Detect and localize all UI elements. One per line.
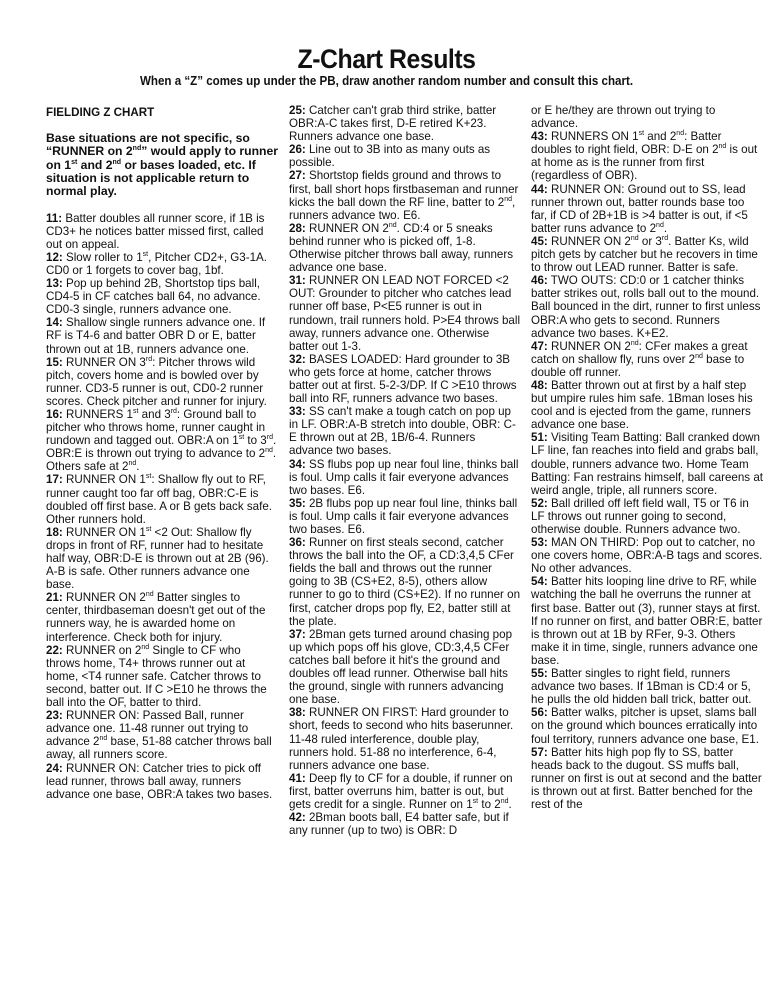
chart-entry: 45: RUNNER ON 2nd or 3rd. Batter Ks, wil… bbox=[531, 235, 763, 274]
entry-number: 41: bbox=[289, 772, 306, 785]
chart-entry: 43: RUNNERS ON 1st and 2nd: Batter doubl… bbox=[531, 130, 763, 182]
entry-number: 14: bbox=[46, 316, 63, 329]
chart-entry: 34: SS flubs pop up near foul line, thin… bbox=[289, 458, 521, 497]
entry-number: 45: bbox=[531, 235, 548, 248]
entry-number: 44: bbox=[531, 183, 548, 196]
entry-text: Line out to 3B into as many outs as poss… bbox=[289, 143, 490, 169]
entry-text: SS can't make a tough catch on pop up in… bbox=[289, 405, 516, 457]
chart-entry: 33: SS can't make a tough catch on pop u… bbox=[289, 405, 521, 457]
entry-text: or E he/they are thrown out trying to ad… bbox=[531, 104, 715, 130]
chart-entry: 53: MAN ON THIRD: Pop out to catcher, no… bbox=[531, 536, 763, 575]
chart-entry: 46: TWO OUTS: CD:0 or 1 catcher thinks b… bbox=[531, 274, 763, 339]
chart-entry: 11: Batter doubles all runner score, if … bbox=[46, 212, 278, 251]
entry-text: BASES LOADED: Hard grounder to 3B who ge… bbox=[289, 353, 517, 405]
chart-entry: 14: Shallow single runners advance one. … bbox=[46, 316, 278, 355]
entry-text: Deep fly to CF for a double, if runner o… bbox=[289, 772, 513, 811]
entry-number: 37: bbox=[289, 628, 306, 641]
entry-number: 27: bbox=[289, 169, 306, 182]
entry-list: or E he/they are thrown out trying to ad… bbox=[531, 104, 763, 811]
entry-text: RUNNER ON LEAD NOT FORCED <2 OUT: Ground… bbox=[289, 274, 520, 352]
chart-entry: 44: RUNNER ON: Ground out to SS, lead ru… bbox=[531, 183, 763, 235]
entry-number: 13: bbox=[46, 277, 63, 290]
chart-entry: 27: Shortstop fields ground and throws t… bbox=[289, 169, 521, 221]
chart-entry: 56: Batter walks, pitcher is upset, slam… bbox=[531, 706, 763, 745]
entry-text: RUNNERS 1st and 3rd: Ground ball to pitc… bbox=[46, 408, 276, 473]
chart-entry: 13: Pop up behind 2B, Shortstop tips bal… bbox=[46, 277, 278, 316]
entry-text: Batter doubles all runner score, if 1B i… bbox=[46, 212, 264, 251]
entry-list: 11: Batter doubles all runner score, if … bbox=[46, 212, 278, 801]
entry-text: Batter singles to right field, runners a… bbox=[531, 667, 751, 706]
column-right: or E he/they are thrown out trying to ad… bbox=[531, 104, 763, 811]
chart-entry: 22: RUNNER on 2nd Single to CF who throw… bbox=[46, 644, 278, 709]
entry-number: 52: bbox=[531, 497, 548, 510]
entry-text: RUNNERS ON 1st and 2nd: Batter doubles t… bbox=[531, 130, 757, 182]
chart-entry: 21: RUNNER ON 2nd Batter singles to cent… bbox=[46, 591, 278, 643]
entry-number: 34: bbox=[289, 458, 306, 471]
entry-number: 28: bbox=[289, 222, 306, 235]
entry-number: 24: bbox=[46, 762, 63, 775]
entry-text: 2Bman boots ball, E4 batter safe, but if… bbox=[289, 811, 509, 837]
chart-entry: 52: Ball drilled off left field wall, T5… bbox=[531, 497, 763, 536]
entry-text: RUNNER ON 2nd or 3rd. Batter Ks, wild pi… bbox=[531, 235, 758, 274]
entry-text: RUNNER ON 1st: Shallow fly out to RF, ru… bbox=[46, 473, 272, 525]
entry-text: MAN ON THIRD: Pop out to catcher, no one… bbox=[531, 536, 762, 575]
entry-text: RUNNER ON 2nd. CD:4 or 5 sneaks behind r… bbox=[289, 222, 513, 274]
chart-entry: 38: RUNNER ON FIRST: Hard grounder to sh… bbox=[289, 706, 521, 771]
entry-number: 31: bbox=[289, 274, 306, 287]
entry-number: 35: bbox=[289, 497, 306, 510]
chart-entry: 28: RUNNER ON 2nd. CD:4 or 5 sneaks behi… bbox=[289, 222, 521, 274]
entry-text: Batter hits high pop fly to SS, batter h… bbox=[531, 746, 762, 811]
chart-entry: or E he/they are thrown out trying to ad… bbox=[531, 104, 763, 130]
chart-entry: 37: 2Bman gets turned around chasing pop… bbox=[289, 628, 521, 707]
chart-entry: 26: Line out to 3B into as many outs as … bbox=[289, 143, 521, 169]
entry-number: 18: bbox=[46, 526, 63, 539]
entry-number: 42: bbox=[289, 811, 306, 824]
entry-text: RUNNER ON 2nd: CFer makes a great catch … bbox=[531, 340, 748, 379]
column-middle: 25: Catcher can't grab third strike, bat… bbox=[289, 104, 521, 837]
entry-number: 57: bbox=[531, 746, 548, 759]
chart-entry: 15: RUNNER ON 3rd: Pitcher throws wild p… bbox=[46, 356, 278, 408]
section-title: FIELDING Z CHART bbox=[46, 106, 278, 119]
chart-entry: 17: RUNNER ON 1st: Shallow fly out to RF… bbox=[46, 473, 278, 525]
entry-number: 15: bbox=[46, 356, 63, 369]
entry-number: 25: bbox=[289, 104, 306, 117]
chart-entry: 48: Batter thrown out at first by a half… bbox=[531, 379, 763, 431]
chart-entry: 18: RUNNER ON 1st <2 Out: Shallow fly dr… bbox=[46, 526, 278, 591]
entry-text: Visiting Team Batting: Ball cranked down… bbox=[531, 431, 763, 496]
entry-text: Batter walks, pitcher is upset, slams ba… bbox=[531, 706, 759, 745]
chart-entry: 35: 2B flubs pop up near foul line, thin… bbox=[289, 497, 521, 536]
entry-number: 17: bbox=[46, 473, 63, 486]
entry-number: 48: bbox=[531, 379, 548, 392]
entry-number: 38: bbox=[289, 706, 306, 719]
chart-entry: 31: RUNNER ON LEAD NOT FORCED <2 OUT: Gr… bbox=[289, 274, 521, 353]
entry-text: Catcher can't grab third strike, batter … bbox=[289, 104, 496, 143]
chart-entry: 57: Batter hits high pop fly to SS, batt… bbox=[531, 746, 763, 811]
chart-entry: 25: Catcher can't grab third strike, bat… bbox=[289, 104, 521, 143]
chart-entry: 41: Deep fly to CF for a double, if runn… bbox=[289, 772, 521, 811]
entry-number: 11: bbox=[46, 212, 62, 225]
page-subtitle: When a “Z” comes up under the PB, draw a… bbox=[31, 74, 742, 89]
chart-entry: 23: RUNNER ON: Passed Ball, runner advan… bbox=[46, 709, 278, 761]
chart-entry: 47: RUNNER ON 2nd: CFer makes a great ca… bbox=[531, 340, 763, 379]
entry-number: 32: bbox=[289, 353, 306, 366]
chart-entry: 42: 2Bman boots ball, E4 batter safe, bu… bbox=[289, 811, 521, 837]
entry-text: SS flubs pop up near foul line, thinks b… bbox=[289, 458, 518, 497]
entry-list: 25: Catcher can't grab third strike, bat… bbox=[289, 104, 521, 837]
entry-text: Runner on first steals second, catcher t… bbox=[289, 536, 520, 628]
entry-text: 2Bman gets turned around chasing pop up … bbox=[289, 628, 512, 706]
entry-text: RUNNER on 2nd Single to CF who throws ho… bbox=[46, 644, 267, 709]
entry-number: 53: bbox=[531, 536, 548, 549]
chart-entry: 54: Batter hits looping line drive to RF… bbox=[531, 575, 763, 667]
chart-entry: 32: BASES LOADED: Hard grounder to 3B wh… bbox=[289, 353, 521, 405]
entry-text: Slow roller to 1st, Pitcher CD2+, G3-1A.… bbox=[46, 251, 267, 277]
entry-number: 26: bbox=[289, 143, 306, 156]
chart-entry: 55: Batter singles to right field, runne… bbox=[531, 667, 763, 706]
entry-number: 51: bbox=[531, 431, 548, 444]
entry-text: RUNNER ON: Catcher tries to pick off lea… bbox=[46, 762, 272, 801]
entry-text: Shortstop fields ground and throws to fi… bbox=[289, 169, 518, 221]
chart-entry: 12: Slow roller to 1st, Pitcher CD2+, G3… bbox=[46, 251, 278, 277]
entry-text: RUNNER ON: Passed Ball, runner advance o… bbox=[46, 709, 272, 761]
chart-entry: 51: Visiting Team Batting: Ball cranked … bbox=[531, 431, 763, 496]
entry-number: 56: bbox=[531, 706, 548, 719]
entry-number: 21: bbox=[46, 591, 63, 604]
entry-number: 47: bbox=[531, 340, 548, 353]
entry-text: TWO OUTS: CD:0 or 1 catcher thinks batte… bbox=[531, 274, 760, 339]
entry-text: RUNNER ON: Ground out to SS, lead runner… bbox=[531, 183, 748, 235]
chart-entry: 24: RUNNER ON: Catcher tries to pick off… bbox=[46, 762, 278, 801]
entry-number: 43: bbox=[531, 130, 548, 143]
chart-entry: 36: Runner on first steals second, catch… bbox=[289, 536, 521, 628]
entry-number: 16: bbox=[46, 408, 63, 421]
entry-text: 2B flubs pop up near foul line, thinks b… bbox=[289, 497, 517, 536]
entry-text: Batter thrown out at first by a half ste… bbox=[531, 379, 753, 431]
entry-text: Shallow single runners advance one. If R… bbox=[46, 316, 265, 355]
entry-text: RUNNER ON 2nd Batter singles to center, … bbox=[46, 591, 265, 643]
page-title: Z-Chart Results bbox=[31, 44, 742, 74]
entry-number: 22: bbox=[46, 644, 63, 657]
entry-text: RUNNER ON 3rd: Pitcher throws wild pitch… bbox=[46, 356, 267, 408]
column-left: FIELDING Z CHART Base situations are not… bbox=[46, 104, 278, 801]
entry-number: 46: bbox=[531, 274, 548, 287]
entry-number: 54: bbox=[531, 575, 548, 588]
entry-number: 55: bbox=[531, 667, 548, 680]
chart-entry: 16: RUNNERS 1st and 3rd: Ground ball to … bbox=[46, 408, 278, 473]
entry-number: 12: bbox=[46, 251, 63, 264]
entry-number: 33: bbox=[289, 405, 306, 418]
entry-text: Pop up behind 2B, Shortstop tips ball, C… bbox=[46, 277, 261, 316]
entry-number: 23: bbox=[46, 709, 63, 722]
entry-text: RUNNER ON 1st <2 Out: Shallow fly drops … bbox=[46, 526, 269, 591]
entry-text: Ball drilled off left field wall, T5 or … bbox=[531, 497, 749, 536]
entry-text: RUNNER ON FIRST: Hard grounder to short,… bbox=[289, 706, 513, 771]
entry-text: Batter hits looping line drive to RF, wh… bbox=[531, 575, 762, 667]
situation-note: Base situations are not specific, so “RU… bbox=[46, 132, 278, 198]
entry-number: 36: bbox=[289, 536, 306, 549]
